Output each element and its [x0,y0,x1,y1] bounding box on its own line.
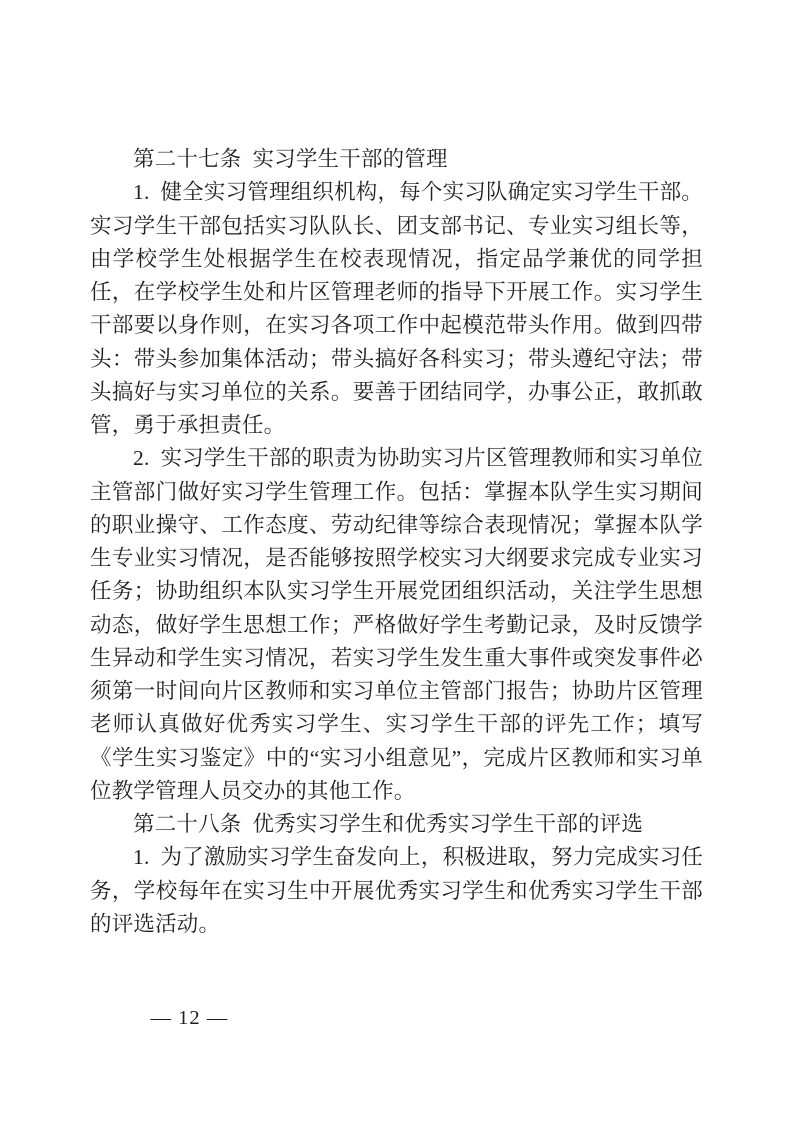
article-27-clause-2: 2. 实习学生干部的职责为协助实习片区管理教师和实习单位主管部门做好实习学生管理… [90,442,703,808]
article-27-heading: 第二十七条 实习学生干部的管理 [90,143,703,176]
page-footer: — 12 — [126,984,228,1053]
article-27-clause-1: 1. 健全实习管理组织机构，每个实习队确定实习学生干部。实习学生干部包括实习队队… [90,176,703,442]
article-28-heading: 第二十八条 优秀实习学生和优秀实习学生干部的评选 [90,808,703,841]
document-page: 第二十七条 实习学生干部的管理 1. 健全实习管理组织机构，每个实习队确定实习学… [0,0,794,1123]
document-body: 第二十七条 实习学生干部的管理 1. 健全实习管理组织机构，每个实习队确定实习学… [90,143,703,941]
article-28-clause-1: 1. 为了激励实习学生奋发向上，积极进取，努力完成实习任务，学校每年在实习生中开… [90,841,703,941]
page-number: — 12 — [151,1007,229,1029]
